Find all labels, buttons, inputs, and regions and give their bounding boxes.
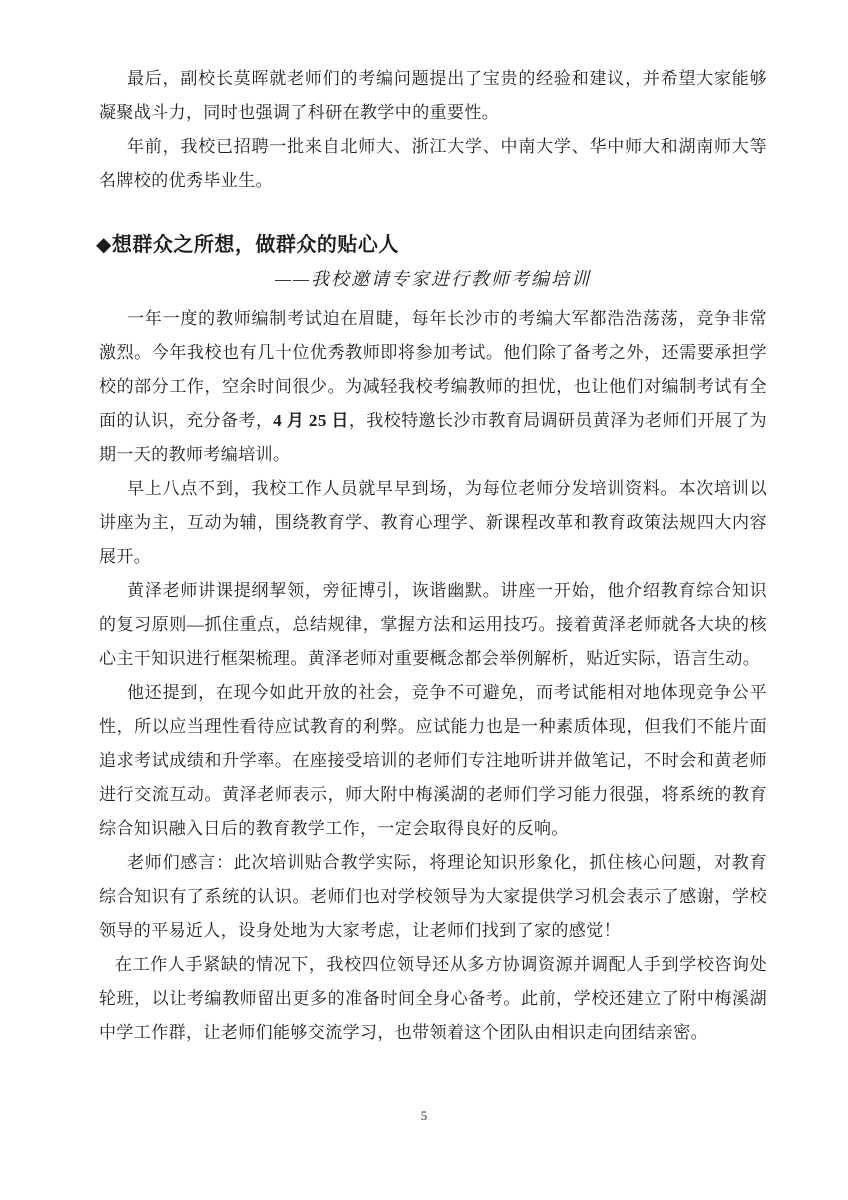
- section-subtitle: ——我校邀请专家进行教师考编培训: [99, 262, 767, 296]
- diamond-bullet-icon: ◆: [96, 234, 112, 256]
- paragraph-training-intro: 一年一度的教师编制考试迫在眉睫，每年长沙市的考编大军都浩浩荡荡，竞争非常激烈。今…: [99, 302, 767, 472]
- paragraph-teacher-feedback: 老师们感言：此次培训贴合教学实际，将理论知识形象化，抓住核心问题，对教育综合知识…: [99, 846, 767, 948]
- document-page: 最后，副校长莫晖就老师们的考编问题提出了宝贵的经验和建议，并希望大家能够凝聚战斗…: [0, 0, 848, 1200]
- training-date: 4 月 25 日: [273, 411, 349, 430]
- section-heading: ◆想群众之所想，做群众的贴心人: [96, 228, 767, 262]
- paragraph-recruitment: 年前，我校已招聘一批来自北师大、浙江大学、中南大学、华中师大和湖南师大等名牌校的…: [99, 130, 767, 198]
- paragraph-training-morning: 早上八点不到，我校工作人员就早早到场，为每位老师分发培训资料。本次培训以讲座为主…: [99, 472, 767, 574]
- document-content: 最后，副校长莫晖就老师们的考编问题提出了宝贵的经验和建议，并希望大家能够凝聚战斗…: [99, 0, 767, 1050]
- section-heading-text: 想群众之所想，做群众的贴心人: [112, 234, 399, 256]
- page-number: 5: [0, 1108, 848, 1124]
- paragraph-closing-remarks: 最后，副校长莫晖就老师们的考编问题提出了宝贵的经验和建议，并希望大家能够凝聚战斗…: [99, 62, 767, 130]
- paragraph-lecture-style: 黄泽老师讲课提纲挈领，旁征博引，诙谐幽默。讲座一开始，他介绍教育综合知识的复习原…: [99, 574, 767, 676]
- paragraph-school-support: 在工作人手紧缺的情况下，我校四位领导还从多方协调资源并调配人手到学校咨询处轮班，…: [99, 948, 767, 1050]
- paragraph-exam-views: 他还提到，在现今如此开放的社会，竞争不可避免，而考试能相对地体现竞争公平性，所以…: [99, 676, 767, 846]
